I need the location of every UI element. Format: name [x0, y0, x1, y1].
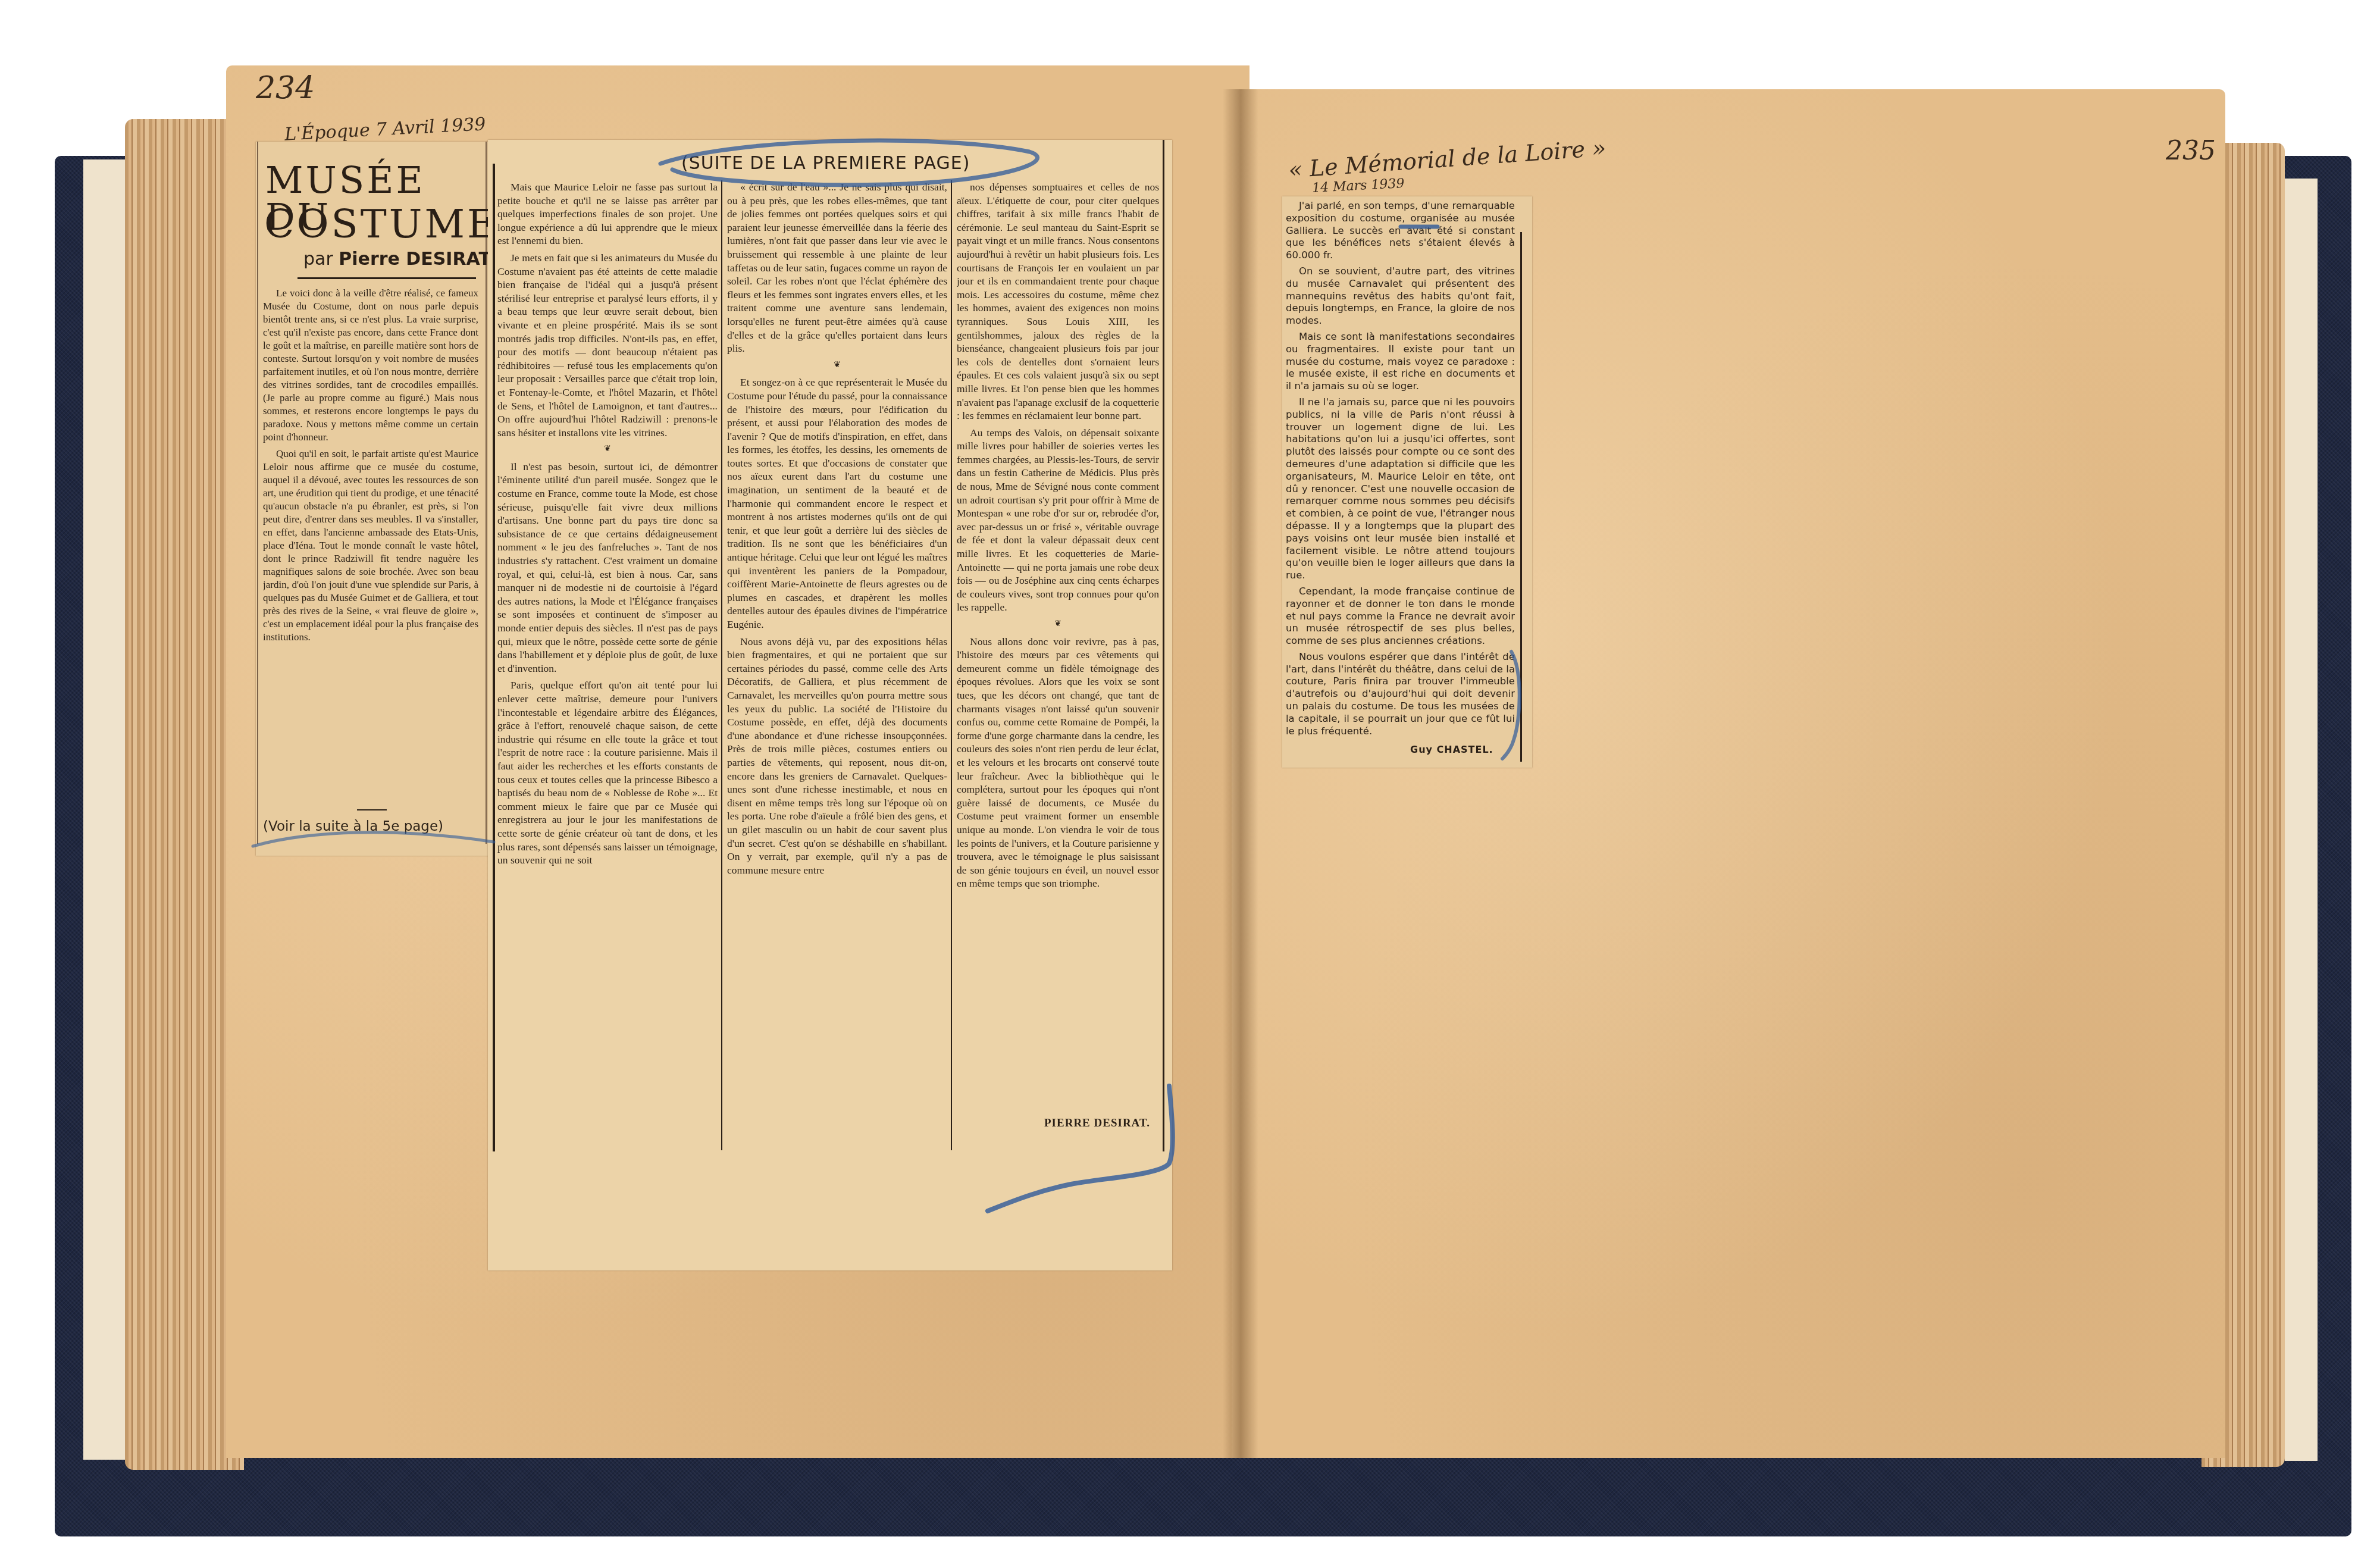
byline: par Pierre DESIRAT [303, 249, 491, 270]
paragraph: Je mets en fait que si les animateurs du… [497, 251, 718, 439]
left-endpaper [83, 159, 131, 1460]
paragraph: Et songez-on à ce que représenterait le … [727, 375, 947, 631]
ornament: ❦ [957, 618, 1159, 631]
paragraph: Il ne l'a jamais su, parce que ni les po… [1286, 396, 1515, 582]
continuation-column-2: « écrit sur de l'eau »... Je ne sais plu… [727, 180, 947, 1150]
paragraph: Nous allons donc voir revivre, pas à pas… [957, 635, 1159, 890]
right-clipping: J'ai parlé, en son temps, d'une remarqua… [1282, 196, 1532, 768]
clipping-border-left [257, 142, 258, 844]
right-clipping-text: J'ai parlé, en son temps, d'une remarqua… [1286, 200, 1515, 736]
paragraph: Paris, quelque effort qu'on ait tenté po… [497, 678, 718, 866]
front-clipping-text: Le voici donc à la veille d'être réalisé… [263, 287, 478, 805]
paragraph: J'ai parlé, en son temps, d'une remarqua… [1286, 200, 1515, 262]
continuation-clipping: (SUITE DE LA PREMIERE PAGE) Mais que Mau… [488, 140, 1172, 1270]
page-number-left: 234 [256, 70, 315, 106]
paragraph: Mais ce sont là manifestations secondair… [1286, 331, 1515, 393]
column-rule-4 [1163, 140, 1164, 1151]
paragraph: Nous voulons espérer que dans l'intérêt … [1286, 651, 1515, 736]
paragraph: Cependant, la mode française continue de… [1286, 586, 1515, 647]
right-endpaper [2285, 179, 2318, 1461]
paragraph: Mais que Maurice Leloir ne fasse pas sur… [497, 180, 718, 248]
column-rule-2 [721, 180, 722, 1150]
book-gutter [1223, 89, 1258, 1458]
paragraph: Quoi qu'il en soit, le parfait artiste q… [263, 447, 478, 644]
clipping-border-right [486, 142, 487, 844]
paragraph: nos dépenses somptuaires et celles de no… [957, 180, 1159, 422]
right-clipping-rule [1520, 232, 1522, 762]
continued-note: (Voir la suite à la 5e page) [263, 819, 443, 834]
clipping-title-line2: COSTUME [264, 205, 498, 244]
paragraph: « écrit sur de l'eau »... Je ne sais plu… [727, 180, 947, 355]
ornament: ❦ [727, 359, 947, 373]
continuation-column-3: nos dépenses somptuaires et celles de no… [957, 180, 1159, 1115]
ornament: ❦ [497, 443, 718, 456]
byline-author: Pierre DESIRAT [339, 249, 491, 270]
column-rule-3 [951, 180, 952, 1150]
paragraph: Au temps des Valois, on dépensait soixan… [957, 426, 1159, 614]
continuation-heading: (SUITE DE LA PREMIERE PAGE) [681, 153, 970, 174]
column-rule-1 [493, 164, 495, 1151]
paragraph: Le voici donc à la veille d'être réalisé… [263, 287, 478, 444]
paragraph: Il n'est pas besoin, surtout ici, de dém… [497, 460, 718, 675]
paragraph: On se souvient, d'autre part, des vitrin… [1286, 265, 1515, 327]
signature-desirat: PIERRE DESIRAT. [1044, 1117, 1150, 1130]
front-clipping: MUSÉE DU COSTUME par Pierre DESIRAT Le v… [256, 142, 491, 856]
continuation-column-1: Mais que Maurice Leloir ne fasse pas sur… [497, 180, 718, 1150]
title-rule [297, 277, 476, 279]
byline-prefix: par [303, 249, 333, 270]
continued-rule [357, 809, 387, 810]
signature-chastel: Guy CHASTEL. [1410, 744, 1493, 755]
page-number-right: 235 [2166, 136, 2216, 166]
paragraph: Nous avons déjà vu, par des expositions … [727, 635, 947, 877]
